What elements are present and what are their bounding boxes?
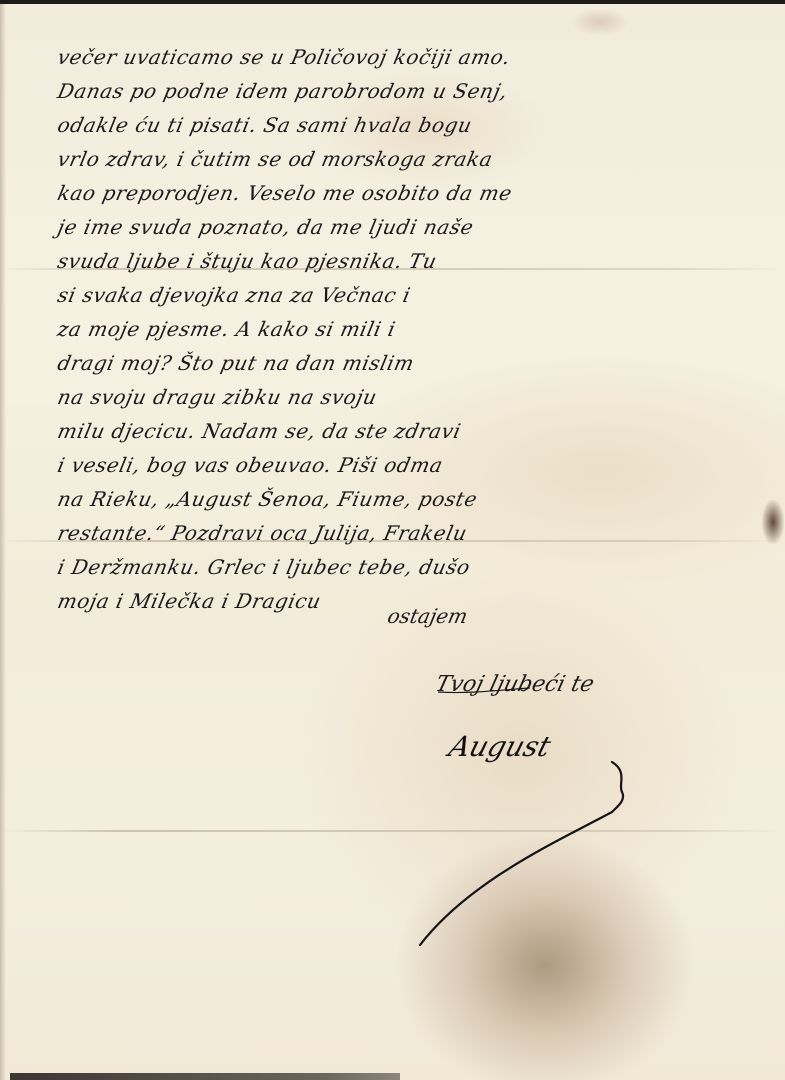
letter-closing: ostajem (385, 604, 469, 628)
letter-line: si svaka djevojka zna za Večnac i (54, 278, 785, 312)
letter-line: odakle ću ti pisati. Sa sami hvala bogu (54, 108, 785, 142)
letter-line: na svoju dragu zibku na svoju (54, 380, 785, 414)
letter-page: večer uvaticamo se u Poličovoj kočiji am… (0, 0, 785, 1080)
letter-line: vrlo zdrav, i čutim se od morskoga zraka (54, 142, 785, 176)
letter-body: večer uvaticamo se u Poličovoj kočiji am… (58, 40, 785, 618)
scan-edge (10, 1073, 400, 1080)
letter-line: i Deržmanku. Grlec i ljubec tebe, dušo (54, 550, 785, 584)
letter-line: kao preporodjen. Veselo me osobito da me (54, 176, 785, 210)
signature-salutation: Tvoj ljubeći te (433, 672, 597, 697)
letter-line: za moje pjesme. A kako si mili i (54, 312, 785, 346)
letter-line: i veseli, bog vas obeuvao. Piši odma (54, 448, 785, 482)
letter-line: svuda ljube i štuju kao pjesnika. Tu (54, 244, 785, 278)
letter-line: večer uvaticamo se u Poličovoj kočiji am… (54, 40, 785, 74)
paper-left-edge (0, 4, 6, 1080)
letter-line: na Rieku, „August Šenoa, Fiume, poste (54, 482, 785, 516)
letter-line: je ime svuda poznato, da me ljudi naše (54, 210, 785, 244)
letter-line: dragi moj? Što put na dan mislim (54, 346, 785, 380)
signature-name: August (445, 730, 554, 763)
letter-line: restante.“ Pozdravi oca Julija, Frakelu (54, 516, 785, 550)
letter-line: milu djecicu. Nadam se, da ste zdravi (54, 414, 785, 448)
paper-fold-line (0, 830, 785, 832)
letter-line: Danas po podne idem parobrodom u Senj, (54, 74, 785, 108)
